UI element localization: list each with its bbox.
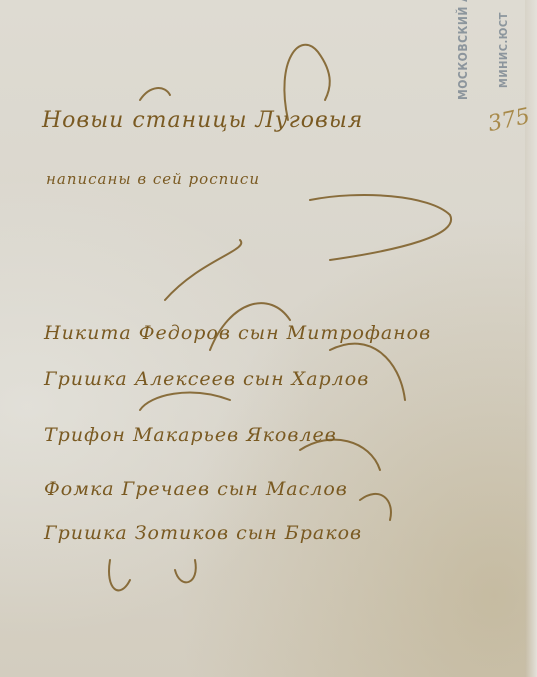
- entry-line: Гришка Зотиков сын Браков: [44, 522, 362, 544]
- entry-line: Трифон Макарьев Яковлев: [44, 424, 337, 446]
- page-edge: [525, 0, 537, 677]
- archive-stamp-moscow: МОСКОВСКИЙ А: [456, 0, 470, 100]
- entry-line: Гришка Алексеев сын Харлов: [44, 368, 369, 390]
- archive-stamp-ministry: МИНИС.ЮСТ: [497, 12, 510, 88]
- entry-line: Никита Федоров сын Митрофанов: [44, 322, 431, 344]
- manuscript-page: МОСКОВСКИЙ А МИНИС.ЮСТ 375 Новыи станицы…: [0, 0, 537, 677]
- entry-line: Фомка Гречаев сын Маслов: [44, 478, 348, 500]
- heading-line-2: написаны в сей росписи: [46, 170, 260, 188]
- heading-line-1: Новыи станицы Луговыя: [42, 108, 363, 133]
